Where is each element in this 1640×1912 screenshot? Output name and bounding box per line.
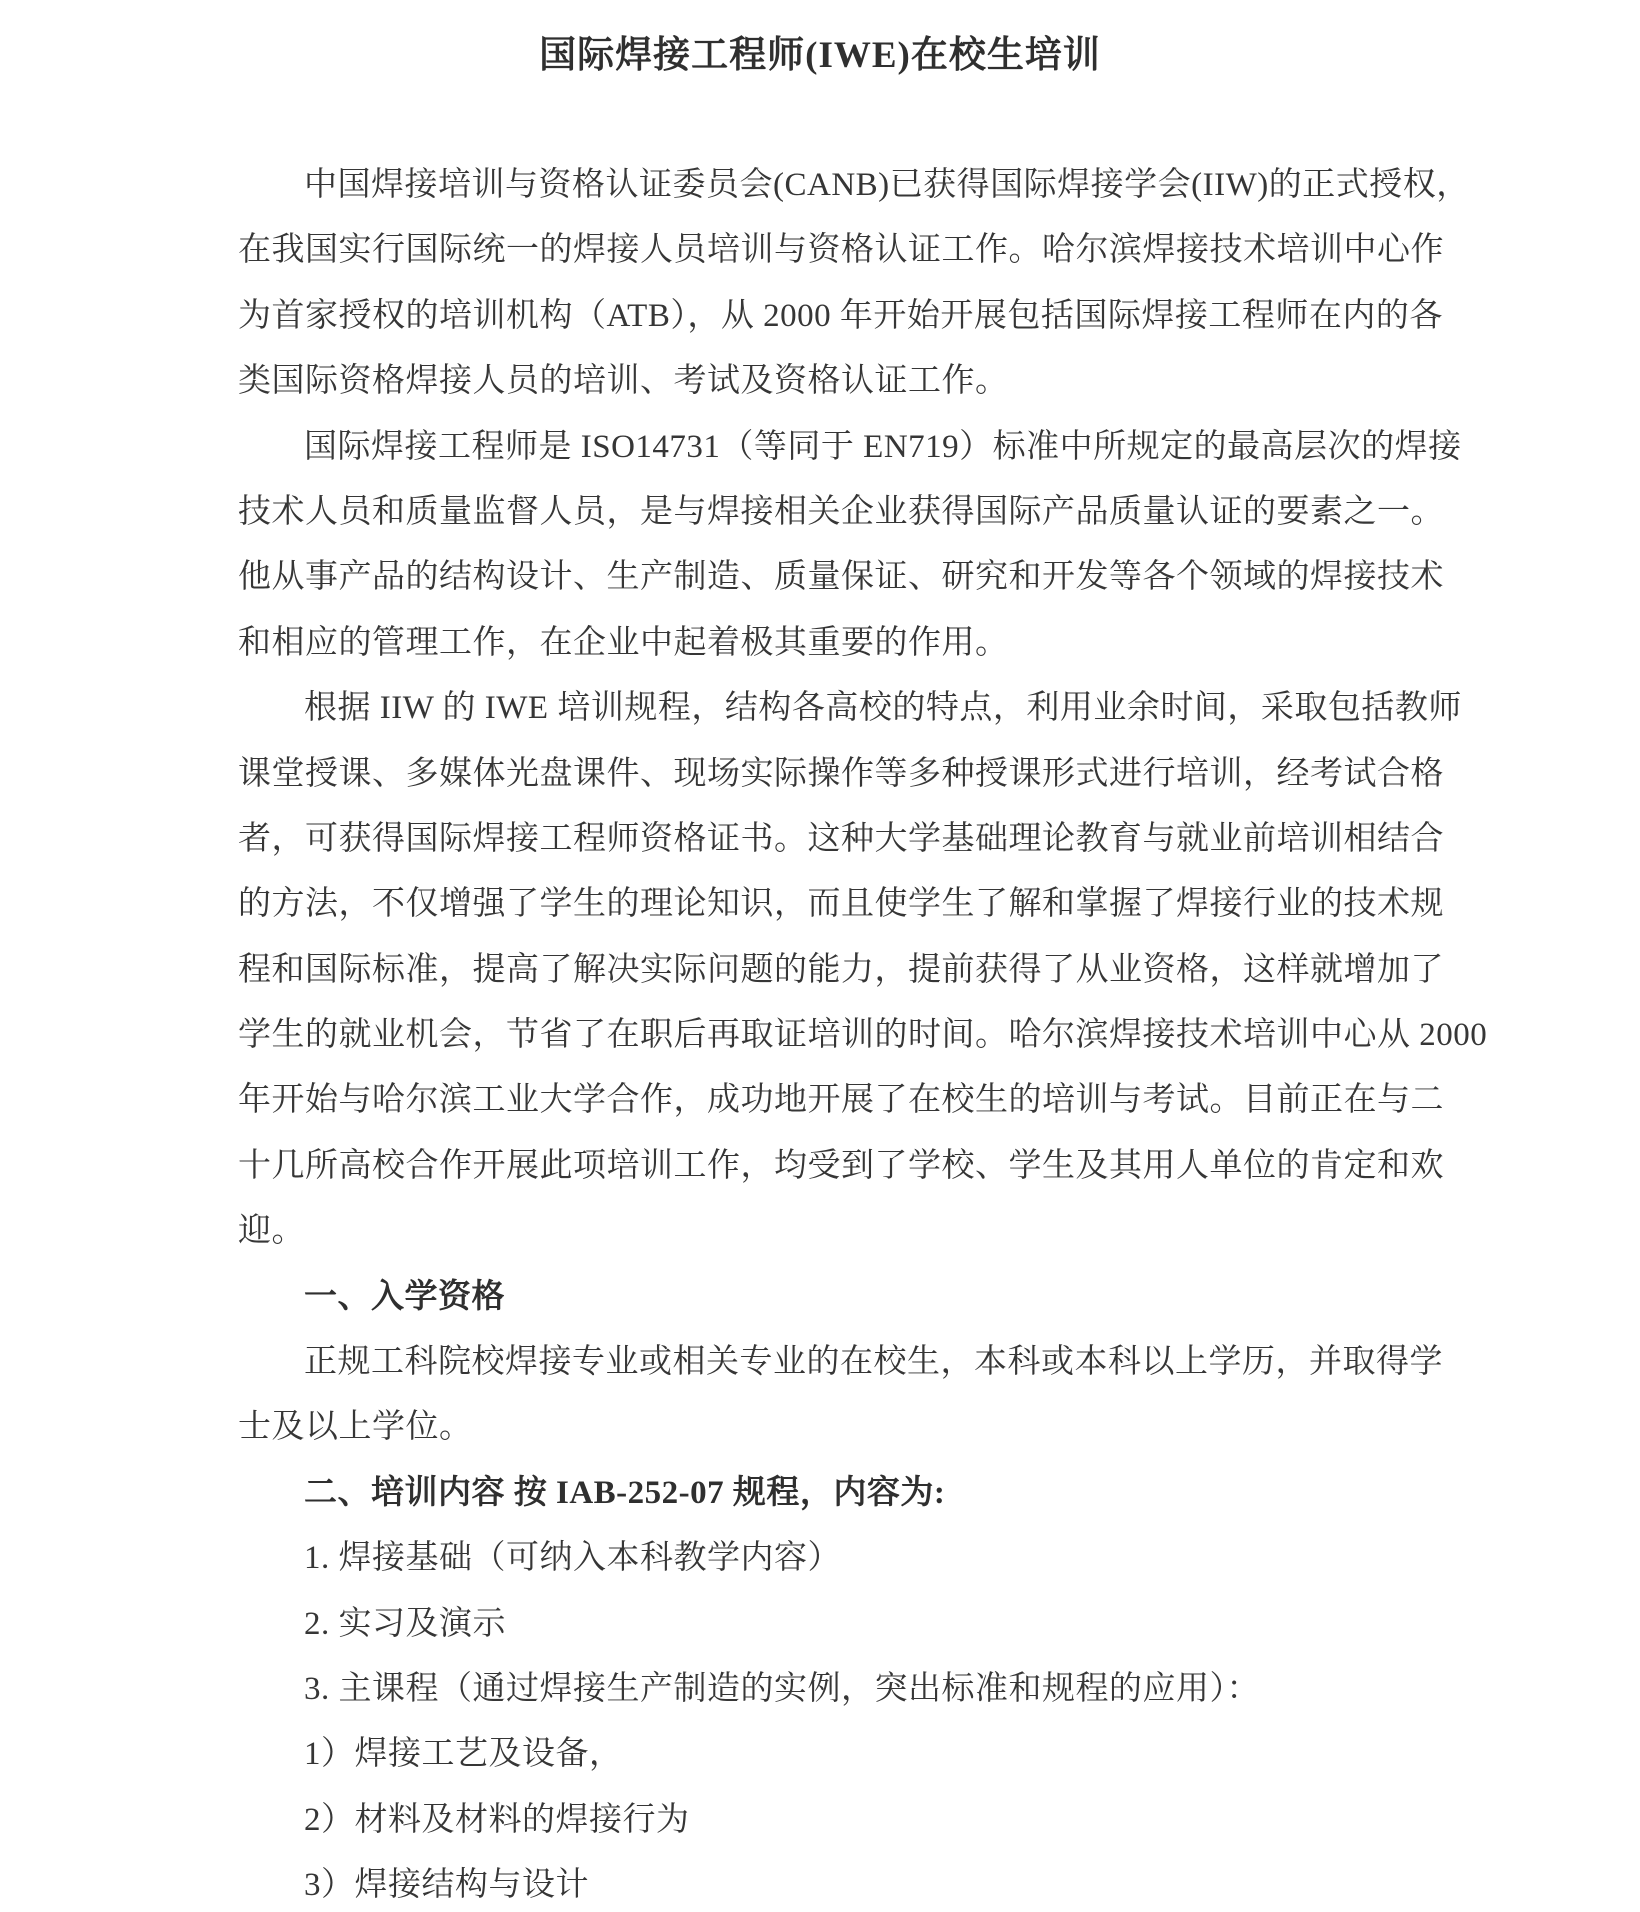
text-line: 根据 IIW 的 IWE 培训规程，结构各高校的特点，利用业余时间，采取包括教师 bbox=[238, 676, 1453, 741]
text-line: 迎。 bbox=[238, 1199, 1453, 1264]
text-line: 为首家授权的培训机构（ATB），从 2000 年开始开展包括国际焊接工程师在内的… bbox=[238, 284, 1453, 349]
text-line: 的方法，不仅增强了学生的理论知识，而且使学生了解和掌握了焊接行业的技术规 bbox=[238, 872, 1453, 937]
text-line: 他从事产品的结构设计、生产制造、质量保证、研究和开发等各个领域的焊接技术 bbox=[238, 545, 1453, 610]
document-page: 国际焊接工程师(IWE)在校生培训 中国焊接培训与资格认证委员会(CANB)已获… bbox=[0, 0, 1640, 1912]
text-line: 在我国实行国际统一的焊接人员培训与资格认证工作。哈尔滨焊接技术培训中心作 bbox=[238, 218, 1453, 283]
text-line: 年开始与哈尔滨工业大学合作，成功地开展了在校生的培训与考试。目前正在与二 bbox=[238, 1068, 1453, 1133]
text-line: 十几所高校合作开展此项培训工作，均受到了学校、学生及其用人单位的肯定和欢 bbox=[238, 1134, 1453, 1199]
document-body: 中国焊接培训与资格认证委员会(CANB)已获得国际焊接学会(IIW)的正式授权，… bbox=[238, 153, 1453, 1912]
text-line: 中国焊接培训与资格认证委员会(CANB)已获得国际焊接学会(IIW)的正式授权， bbox=[238, 153, 1453, 218]
text-line: 课堂授课、多媒体光盘课件、现场实际操作等多种授课形式进行培训，经考试合格 bbox=[238, 742, 1453, 807]
section-heading-line: 一、入学资格 bbox=[238, 1265, 1453, 1330]
text-line: 士及以上学位。 bbox=[238, 1395, 1453, 1460]
text-line: 学生的就业机会，节省了在职后再取证培训的时间。哈尔滨焊接技术培训中心从 2000 bbox=[238, 1003, 1453, 1068]
text-line: 3. 主课程（通过焊接生产制造的实例，突出标准和规程的应用）： bbox=[238, 1657, 1453, 1722]
text-line: 和相应的管理工作，在企业中起着极其重要的作用。 bbox=[238, 611, 1453, 676]
text-line: 类国际资格焊接人员的培训、考试及资格认证工作。 bbox=[238, 349, 1453, 414]
text-line: 1）焊接工艺及设备， bbox=[238, 1722, 1453, 1787]
section-heading-line: 二、培训内容 按 IAB-252-07 规程，内容为: bbox=[238, 1461, 1453, 1526]
text-line: 2）材料及材料的焊接行为 bbox=[238, 1788, 1453, 1853]
text-line: 2. 实习及演示 bbox=[238, 1592, 1453, 1657]
document-title: 国际焊接工程师(IWE)在校生培训 bbox=[0, 32, 1640, 80]
text-line: 1. 焊接基础（可纳入本科教学内容） bbox=[238, 1526, 1453, 1591]
text-line: 3）焊接结构与设计 bbox=[238, 1853, 1453, 1912]
text-line: 国际焊接工程师是 ISO14731（等同于 EN719）标准中所规定的最高层次的… bbox=[238, 415, 1453, 480]
text-line: 技术人员和质量监督人员，是与焊接相关企业获得国际产品质量认证的要素之一。 bbox=[238, 480, 1453, 545]
text-line: 正规工科院校焊接专业或相关专业的在校生，本科或本科以上学历，并取得学 bbox=[238, 1330, 1453, 1395]
text-line: 程和国际标准，提高了解决实际问题的能力，提前获得了从业资格，这样就增加了 bbox=[238, 938, 1453, 1003]
text-line: 者，可获得国际焊接工程师资格证书。这种大学基础理论教育与就业前培训相结合 bbox=[238, 807, 1453, 872]
